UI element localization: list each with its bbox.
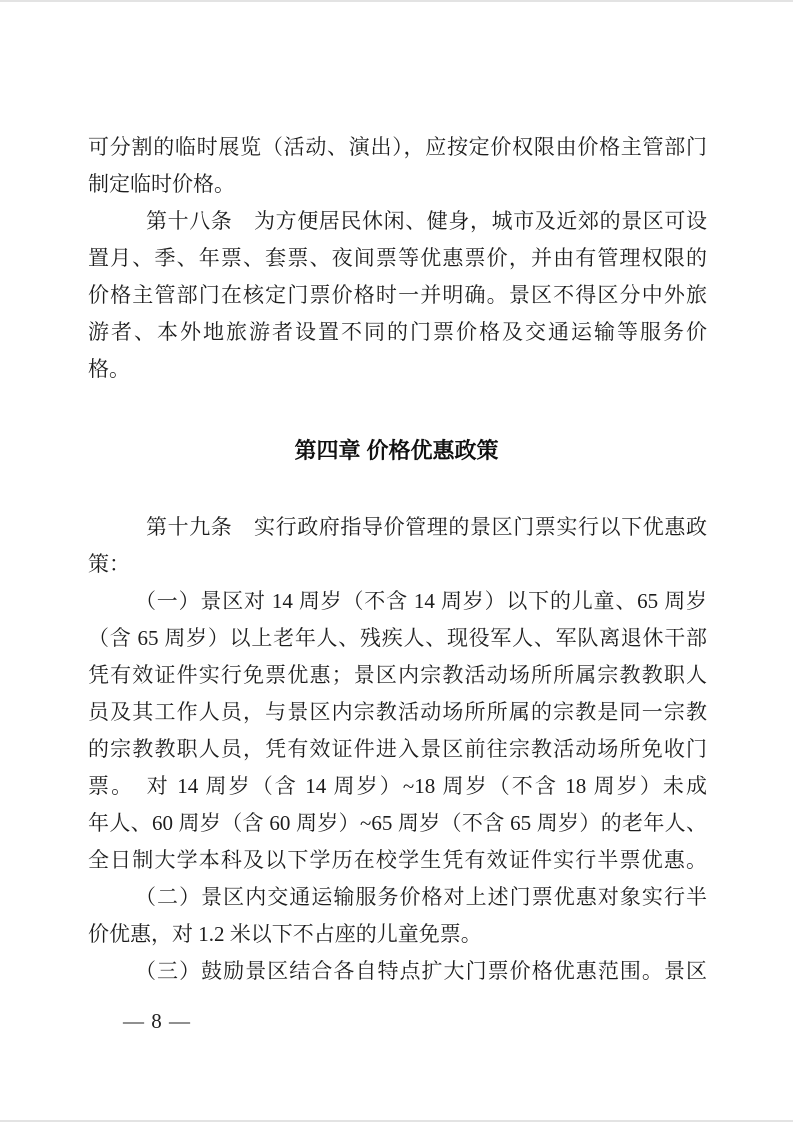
text-line-item-3: （三）鼓励景区结合各自特点扩大门票价格优惠范围。景区 <box>88 953 707 990</box>
text-line: 员及其工作人员，与景区内宗教活动场所所属的宗教是同一宗教 <box>88 694 707 731</box>
page-number: — 8 — <box>123 1007 191 1035</box>
text-line: 年人、60 周岁（含 60 周岁）~65 周岁（不含 65 周岁）的老年人、 <box>88 805 707 842</box>
document-page: 可分割的临时展览（活动、演出），应按定价权限由价格主管部门 制定临时价格。 第十… <box>0 0 793 1122</box>
text-line: 价优惠，对 1.2 米以下不占座的儿童免票。 <box>88 916 707 953</box>
text-line-item-2: （二）景区内交通运输服务价格对上述门票优惠对象实行半 <box>88 879 707 916</box>
text-line: 制定临时价格。 <box>88 166 707 203</box>
text-line: 价格主管部门在核定门票价格时一并明确。景区不得区分中外旅 <box>88 277 707 314</box>
scan-edge-top <box>0 0 793 2</box>
text-line-article-18: 第十八条 为方便居民休闲、健身，城市及近郊的景区可设 <box>88 203 707 240</box>
chapter-heading: 第四章 价格优惠政策 <box>0 436 793 466</box>
text-line: 置月、季、年票、套票、夜间票等优惠票价，并由有管理权限的 <box>88 240 707 277</box>
text-line-article-19: 第十九条 实行政府指导价管理的景区门票实行以下优惠政 <box>88 509 707 546</box>
text-line: 游者、本外地旅游者设置不同的门票价格及交通运输等服务价 <box>88 314 707 351</box>
text-line-item-1: （一）景区对 14 周岁（不含 14 周岁）以下的儿童、65 周岁 <box>88 583 707 620</box>
text-line: 凭有效证件实行免票优惠；景区内宗教活动场所所属宗教教职人 <box>88 657 707 694</box>
text-line: 全日制大学本科及以下学历在校学生凭有效证件实行半票优惠。 <box>88 842 707 879</box>
text-line: 策： <box>88 546 707 583</box>
text-line: 可分割的临时展览（活动、演出），应按定价权限由价格主管部门 <box>88 129 707 166</box>
text-line: 票。 对 14 周岁（含 14 周岁）~18 周岁（不含 18 周岁）未成 <box>88 768 707 805</box>
document-body-upper: 可分割的临时展览（活动、演出），应按定价权限由价格主管部门 制定临时价格。 第十… <box>88 129 707 388</box>
text-line: 的宗教教职人员，凭有效证件进入景区前往宗教活动场所免收门 <box>88 731 707 768</box>
document-body-lower: 第十九条 实行政府指导价管理的景区门票实行以下优惠政 策： （一）景区对 14 … <box>88 509 707 990</box>
text-line: 格。 <box>88 351 707 388</box>
text-line: （含 65 周岁）以上老年人、残疾人、现役军人、军队离退休干部 <box>88 620 707 657</box>
